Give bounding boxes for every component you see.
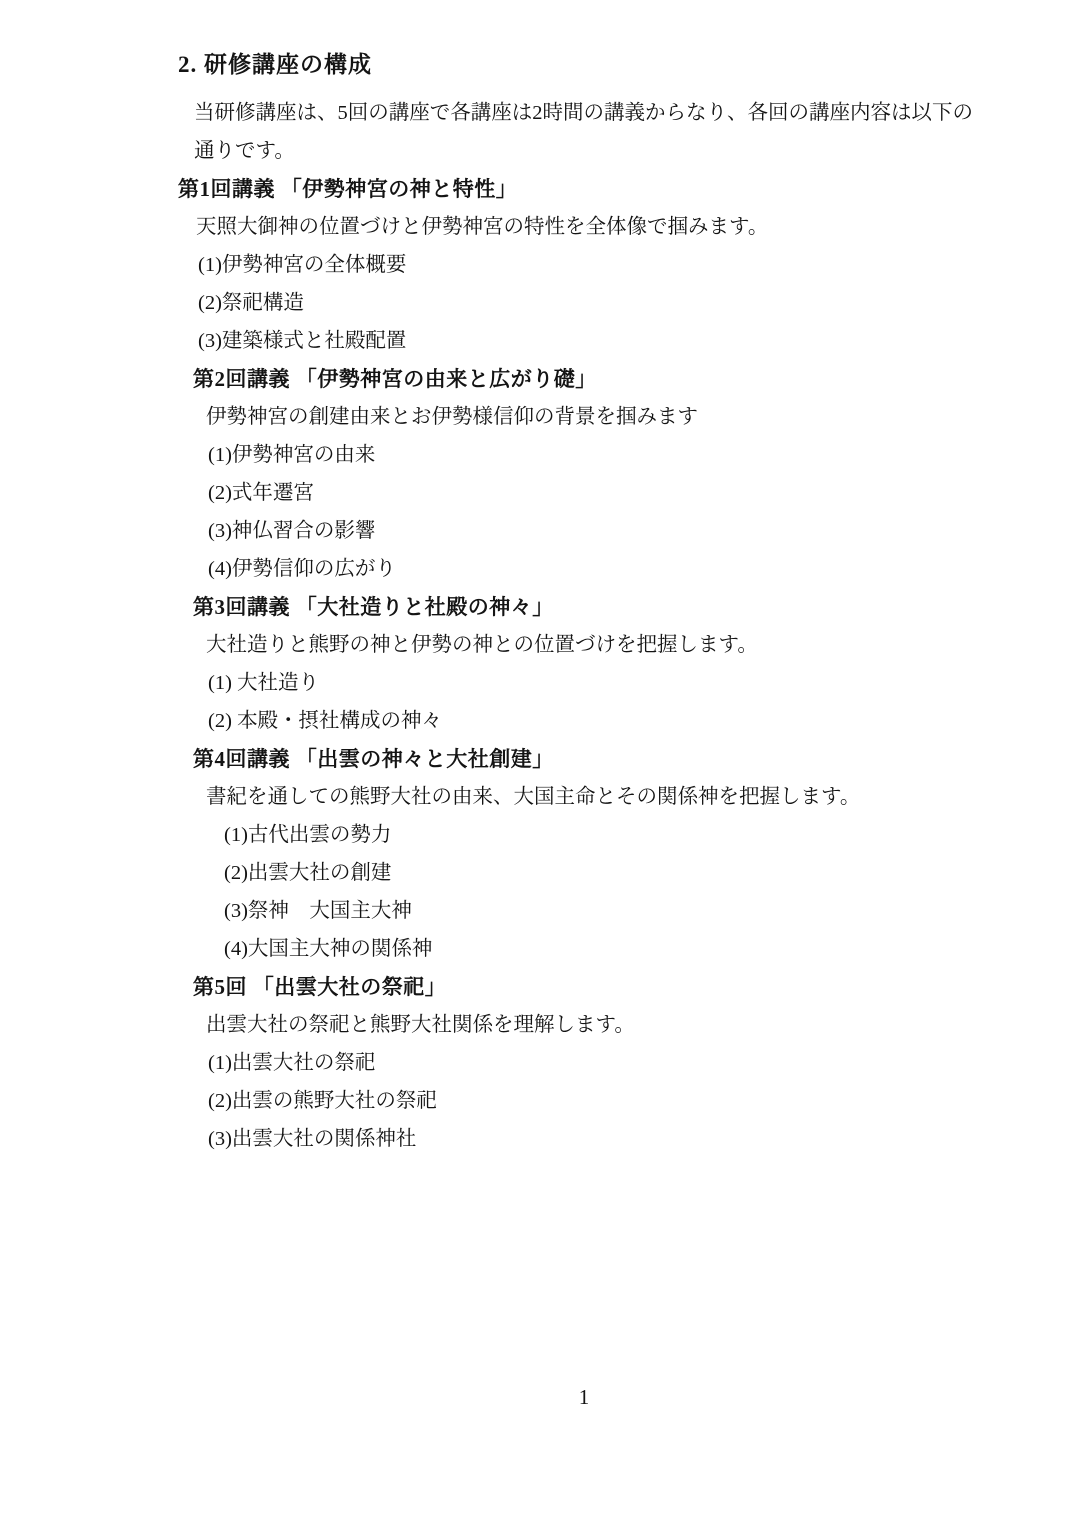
section-heading: 第1回講義 「伊勢神宮の神と特性」 <box>178 170 990 208</box>
section-item: (2)式年遷宮 <box>208 474 990 512</box>
section-description: 伊勢神宮の創建由来とお伊勢様信仰の背景を掴みます <box>206 398 990 436</box>
section-item: (2)祭祀構造 <box>198 284 990 322</box>
section-item: (1)伊勢神宮の由来 <box>208 436 990 474</box>
page-title: 2. 研修講座の構成 <box>178 48 990 82</box>
section-item: (4)大国主大神の関係神 <box>224 930 990 968</box>
section-item-list: (1)伊勢神宮の全体概要 (2)祭祀構造 (3)建築様式と社殿配置 <box>178 246 990 360</box>
section-lecture-3: 第3回講義 「大社造りと社殿の神々」 大社造りと熊野の神と伊勢の神との位置づけを… <box>178 588 990 740</box>
section-description: 天照大御神の位置づけと伊勢神宮の特性を全体像で掴みます。 <box>196 208 986 246</box>
section-heading: 第3回講義 「大社造りと社殿の神々」 <box>193 588 990 626</box>
section-heading: 第5回 「出雲大社の祭祀」 <box>193 968 990 1006</box>
section-item: (3)出雲大社の関係神社 <box>208 1120 990 1158</box>
section-item: (2)出雲大社の創建 <box>224 854 990 892</box>
section-lecture-1: 第1回講義 「伊勢神宮の神と特性」 天照大御神の位置づけと伊勢神宮の特性を全体像… <box>178 170 990 360</box>
section-lecture-2: 第2回講義 「伊勢神宮の由来と広がり礎」 伊勢神宮の創建由来とお伊勢様信仰の背景… <box>178 360 990 588</box>
section-item: (1)出雲大社の祭祀 <box>208 1044 990 1082</box>
section-item: (4)伊勢信仰の広がり <box>208 550 990 588</box>
section-item: (3)祭神 大国主大神 <box>224 892 990 930</box>
section-heading: 第2回講義 「伊勢神宮の由来と広がり礎」 <box>193 360 990 398</box>
section-item-list: (1) 大社造り (2) 本殿・摂社構成の神々 <box>178 664 990 740</box>
section-item: (2)出雲の熊野大社の祭祀 <box>208 1082 990 1120</box>
page-number: 1 <box>178 1382 990 1412</box>
section-item: (1)伊勢神宮の全体概要 <box>198 246 990 284</box>
section-description: 出雲大社の祭祀と熊野大社関係を理解します。 <box>206 1006 990 1044</box>
section-description: 大社造りと熊野の神と伊勢の神との位置づけを把握します。 <box>206 626 990 664</box>
section-item: (3)建築様式と社殿配置 <box>198 322 990 360</box>
section-heading: 第4回講義 「出雲の神々と大社創建」 <box>193 740 990 778</box>
section-lecture-5: 第5回 「出雲大社の祭祀」 出雲大社の祭祀と熊野大社関係を理解します。 (1)出… <box>178 968 990 1158</box>
document-page: 2. 研修講座の構成 当研修講座は、5回の講座で各講座は2時間の講義からなり、各… <box>0 0 1075 1518</box>
section-item: (3)神仏習合の影響 <box>208 512 990 550</box>
section-item: (1)古代出雲の勢力 <box>224 816 990 854</box>
section-item-list: (1)出雲大社の祭祀 (2)出雲の熊野大社の祭祀 (3)出雲大社の関係神社 <box>178 1044 990 1158</box>
section-lecture-4: 第4回講義 「出雲の神々と大社創建」 書紀を通しての熊野大社の由来、大国主命とそ… <box>178 740 990 968</box>
section-item-list: (1)古代出雲の勢力 (2)出雲大社の創建 (3)祭神 大国主大神 (4)大国主… <box>178 816 990 968</box>
intro-paragraph: 当研修講座は、5回の講座で各講座は2時間の講義からなり、各回の講座内容は以下の通… <box>194 94 990 170</box>
section-item-list: (1)伊勢神宮の由来 (2)式年遷宮 (3)神仏習合の影響 (4)伊勢信仰の広が… <box>178 436 990 588</box>
section-item: (2) 本殿・摂社構成の神々 <box>208 702 990 740</box>
section-description: 書紀を通しての熊野大社の由来、大国主命とその関係神を把握します。 <box>206 778 990 816</box>
section-item: (1) 大社造り <box>208 664 990 702</box>
